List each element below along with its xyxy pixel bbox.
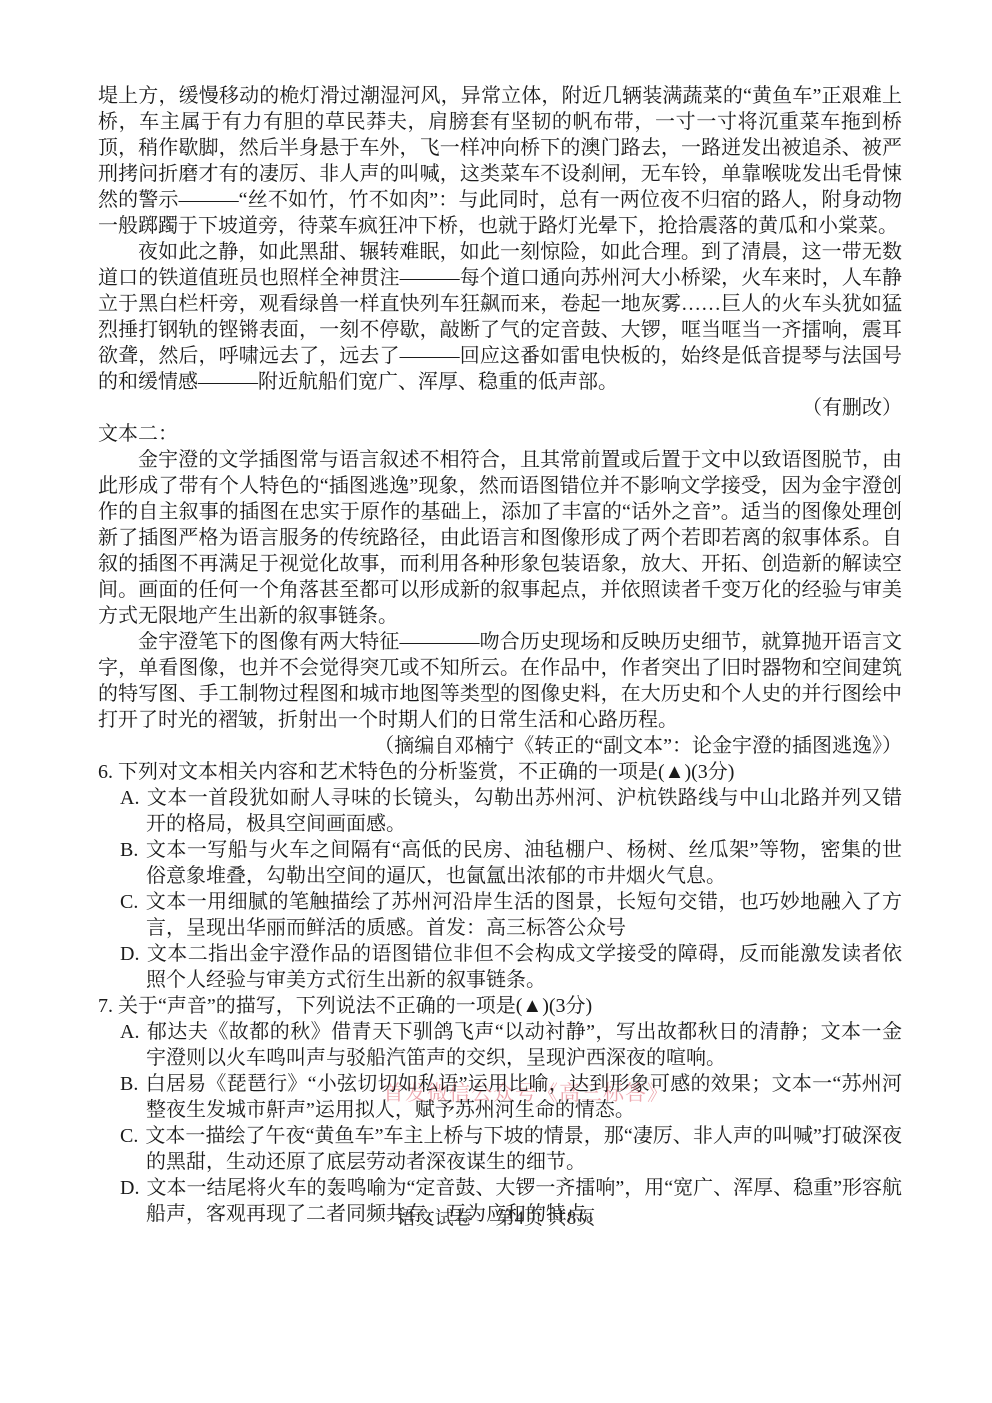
option-text-b: 文本一写船与火车之间隔有“高低的民房、油毡棚户、杨树、丝瓜架”等物，密集的世俗意… [145,839,902,887]
option-text-b: 白居易《琵琶行》“小弦切切如私语”运用比喻，达到形象可感的效果；文本一“苏州河整… [145,1073,902,1121]
question-7-option-b: B.白居易《琵琶行》“小弦切切如私语”运用比喻，达到形象可感的效果；文本一“苏州… [98,1071,902,1123]
option-text-a: 郁达夫《故都的秋》借青天下驯鸽飞声“以动衬静”，写出故都秋日的清静；文本一金宇澄… [146,1021,902,1069]
question-6: 6.下列对文本相关内容和艺术特色的分析鉴赏，不正确的一项是(▲)(3分) A.文… [98,759,902,993]
option-text-c: 文本一描绘了午夜“黄鱼车”车主上桥与下坡的情景，那“凄厉、非人声的叫喊”打破深夜… [145,1125,902,1173]
question-7: 7.关于“声音”的描写，下列说法不正确的一项是(▲)(3分) A.郁达夫《故都的… [98,993,902,1227]
option-label-b: B. [120,1073,138,1095]
page-footer: 语文试卷第4页 共8页 [0,1203,992,1230]
question-6-stem-line: 6.下列对文本相关内容和艺术特色的分析鉴赏，不正确的一项是(▲)(3分) [98,759,902,785]
question-7-option-c: C.文本一描绘了午夜“黄鱼车”车主上桥与下坡的情景，那“凄厉、非人声的叫喊”打破… [98,1123,902,1175]
passage-one: 堤上方，缓慢移动的桅灯滑过潮湿河风，异常立体，附近几辆装满蔬菜的“黄鱼车”正艰难… [98,83,902,421]
passage-two-paragraph-1: 金宇澄的文学插图常与语言叙述不相符合，且其常前置或后置于文中以致语图脱节，由此形… [98,447,902,629]
edit-note: （有删改） [98,395,902,421]
page-content: 堤上方，缓慢移动的桅灯滑过潮湿河风，异常立体，附近几辆装满蔬菜的“黄鱼车”正艰难… [98,83,902,1227]
question-6-number: 6. [98,761,113,783]
option-text-c: 文本一用细腻的笔触描绘了苏州河沿岸生活的图景，长短句交错，也巧妙地融入了方言，呈… [145,891,902,939]
option-label-c: C. [120,891,138,913]
question-6-option-d: D.文本二指出金宇澄作品的语图错位非但不会构成文学接受的障碍，反而能激发读者依照… [98,941,902,993]
question-6-option-a: A.文本一首段犹如耐人寻味的长镜头，勾勒出苏州河、沪杭铁路线与中山北路并列又错开… [98,785,902,837]
passage-two: 文本二： 金宇澄的文学插图常与语言叙述不相符合，且其常前置或后置于文中以致语图脱… [98,421,902,759]
option-label-a: A. [120,787,139,809]
question-7-stem-line: 7.关于“声音”的描写，下列说法不正确的一项是(▲)(3分) [98,993,902,1019]
exam-paper-page: 堤上方，缓慢移动的桅灯滑过潮湿河风，异常立体，附近几辆装满蔬菜的“黄鱼车”正艰难… [0,0,992,1403]
question-6-stem: 下列对文本相关内容和艺术特色的分析鉴赏，不正确的一项是(▲)(3分) [118,761,734,783]
question-7-number: 7. [98,995,113,1017]
option-text-d: 文本二指出金宇澄作品的语图错位非但不会构成文学接受的障碍，反而能激发读者依照个人… [146,943,902,991]
question-7-option-a: A.郁达夫《故都的秋》借青天下驯鸽飞声“以动衬静”，写出故都秋日的清静；文本一金… [98,1019,902,1071]
option-label-a: A. [120,1021,139,1043]
passage-two-attribution: （摘编自邓楠宁《转正的“副文本”：论金宇澄的插图逃逸》） [98,733,902,759]
option-label-c: C. [120,1125,138,1147]
question-7-stem: 关于“声音”的描写，下列说法不正确的一项是(▲)(3分) [118,995,592,1017]
option-text-a: 文本一首段犹如耐人寻味的长镜头，勾勒出苏州河、沪杭铁路线与中山北路并列又错开的格… [146,787,902,835]
passage-two-label: 文本二： [98,421,902,447]
passage-one-paragraph-2: 夜如此之静，如此黑甜、辗转难眠，如此一刻惊险，如此合理。到了清晨，这一带无数道口… [98,239,902,395]
passage-one-paragraph-1: 堤上方，缓慢移动的桅灯滑过潮湿河风，异常立体，附近几辆装满蔬菜的“黄鱼车”正艰难… [98,83,902,239]
option-label-d: D. [120,943,139,965]
question-6-option-c: C.文本一用细腻的笔触描绘了苏州河沿岸生活的图景，长短句交错，也巧妙地融入了方言… [98,889,902,941]
option-label-d: D. [120,1177,139,1199]
passage-two-paragraph-2: 金宇澄笔下的图像有两大特征————吻合历史现场和反映历史细节，就算抛开语言文字，… [98,629,902,733]
question-6-option-b: B.文本一写船与火车之间隔有“高低的民房、油毡棚户、杨树、丝瓜架”等物，密集的世… [98,837,902,889]
option-label-b: B. [120,839,138,861]
footer-doc-label: 语文试卷 [397,1208,473,1229]
footer-page-info: 第4页 共8页 [496,1208,596,1229]
